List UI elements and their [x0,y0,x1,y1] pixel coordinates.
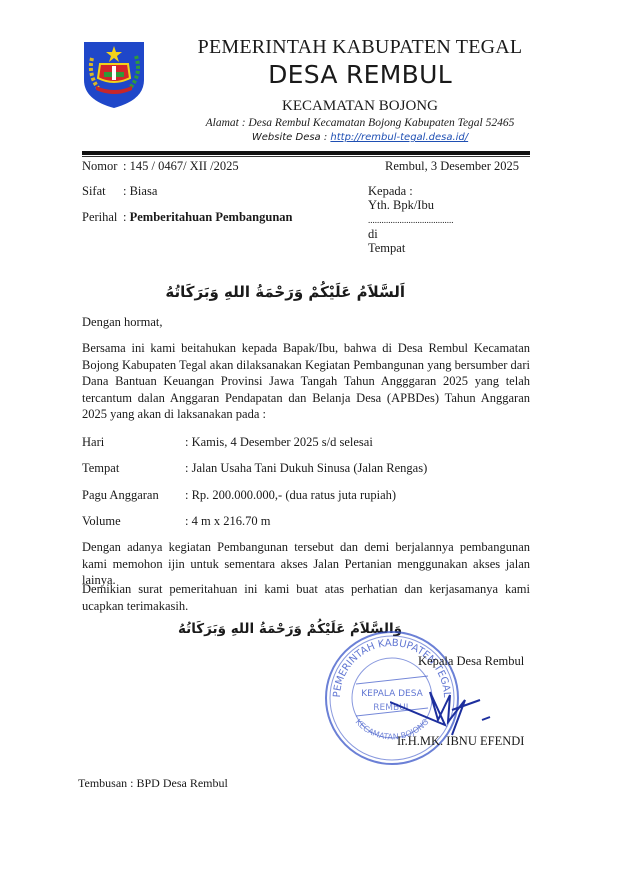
signature-scribble-icon [390,680,495,740]
signatory-title: Kepala Desa Rembul [418,653,524,669]
kabupaten-tegal-crest-icon [82,40,146,110]
website-link[interactable]: http://rembul-tegal.desa.id/ [330,132,468,143]
website-label: Website Desa : [252,132,331,143]
recipient-name: Yth. Bpk/Ibu [368,197,434,213]
recipient-dots: ...................................... [368,212,454,228]
detail-label-tempat: Tempat [82,460,119,476]
signatory-name: Ir.H.MK. IBNU EFENDI [397,733,524,749]
nomor-value: : 145 / 0467/ XII /2025 [123,158,239,174]
paragraph-intro: Bersama ini kami beitahukan kepada Bapak… [82,340,530,423]
greeting: Dengan hormat, [82,314,163,330]
government-name: PEMERINTAH KABUPATEN TEGAL [140,36,580,59]
detail-label-volume: Volume [82,513,121,529]
sifat-value: : Biasa [123,183,157,199]
detail-value-tempat: : Jalan Usaha Tani Dukuh Sinusa (Jalan R… [185,460,427,476]
tembusan: Tembusan : BPD Desa Rembul [78,775,228,791]
place-date: Rembul, 3 Desember 2025 [385,158,519,174]
detail-label-hari: Hari [82,434,104,450]
district-name: KECAMATAN BOJONG [140,98,580,115]
perihal-value: : Pemberitahuan Pembangunan [123,209,292,225]
detail-label-pagu: Pagu Anggaran [82,487,159,503]
detail-value-volume: : 4 m x 216.70 m [185,513,270,529]
salam-opening: اَلسَّلاَمُ عَلَيْكُمْ وَرَحْمَةُ اللهِ … [225,283,405,301]
address: Alamat : Desa Rembul Kecamatan Bojong Ka… [140,117,580,129]
nomor-label: Nomor [82,158,117,174]
website-line: Website Desa : http://rembul-tegal.desa.… [140,132,580,143]
perihal-label: Perihal [82,209,117,225]
paragraph-closing: Demikian surat pemeritahuan ini kami bua… [82,581,530,614]
detail-value-pagu: : Rp. 200.000.000,- (dua ratus juta rupi… [185,487,396,503]
recipient-tempat: Tempat [368,240,405,256]
detail-value-hari: : Kamis, 4 Desember 2025 s/d selesai [185,434,373,450]
sifat-label: Sifat [82,183,106,199]
letterhead-rule-thin [82,156,530,157]
village-name: DESA REMBUL [140,60,580,89]
letterhead-rule-thick [82,151,530,155]
